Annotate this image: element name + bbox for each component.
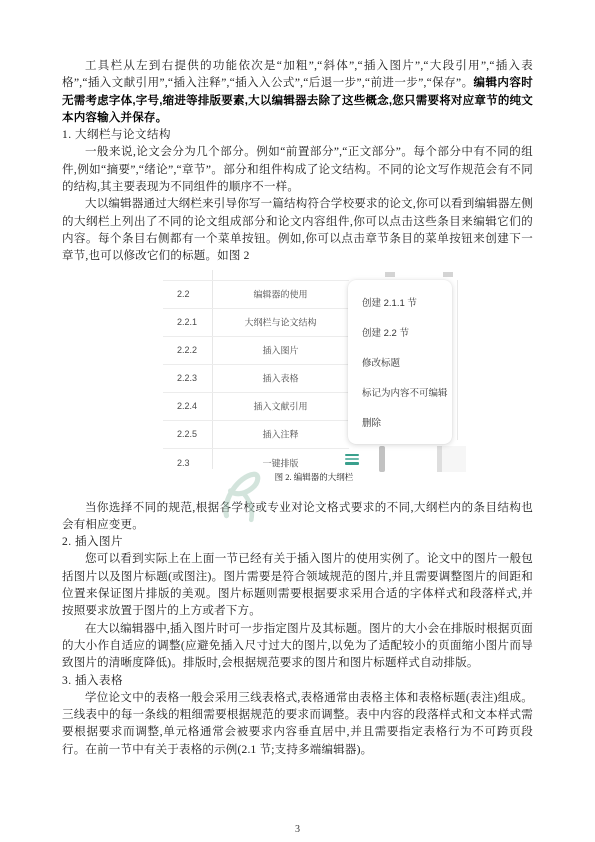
outline-row-title: 插入文献引用 — [212, 400, 349, 413]
menu-item-create-subsection: 创建 2.1.1 节 — [348, 289, 452, 319]
outline-row: 2.2.4 插入文献引用 — [163, 392, 349, 420]
menu-item-delete: 删除 — [348, 409, 452, 439]
heading-insert-table: 3. 插入表格 — [62, 673, 533, 690]
paragraph-outline-guide: 大以编辑器通过大纲栏来引导你写一篇结构符合学校要求的论文,你可以看到编辑器左侧的… — [62, 196, 533, 265]
panel-fragment — [442, 446, 466, 472]
outline-row-number: 2.2.3 — [177, 373, 197, 383]
outline-row-title: 插入图片 — [212, 344, 349, 357]
paragraph-image-intro: 您可以看到实际上在上面一节已经有关于插入图片的使用实例了。论文中的图片一般包括图… — [62, 551, 533, 620]
menu-item-mark-readonly: 标记为内容不可编辑 — [348, 379, 452, 409]
heading-outline-section: 1. 大纲栏与论文结构 — [62, 127, 533, 144]
document-page: 工具栏从左到右提供的功能依次是“加粗”,“斜体”,“插入图片”,“大段引用”,“… — [0, 0, 595, 842]
outline-row-title: 插入表格 — [212, 372, 349, 385]
outline-row-number: 2.2.2 — [177, 345, 197, 355]
outline-row-title: 编辑器的使用 — [212, 288, 349, 301]
figure-outline-panel: 2.2 编辑器的使用 2.2.1 大纲栏与论文结构 2.2.2 插入图片 2.2… — [160, 270, 468, 488]
outline-row: 2.2.2 插入图片 — [163, 336, 349, 364]
ui-fragment — [443, 272, 453, 277]
panel-edge-line — [457, 280, 458, 440]
paragraph-spec-change: 当你选择不同的规范,根据各学校或专业对论文格式要求的不同,大纲栏内的条目结构也会… — [62, 500, 533, 535]
paragraph-toolbar-text: 工具栏从左到右提供的功能依次是“加粗”,“斜体”,“插入图片”,“大段引用”,“… — [62, 60, 533, 89]
menu-item-rename: 修改标题 — [348, 349, 452, 379]
outline-row-title: 插入注释 — [212, 428, 349, 441]
document-body: 工具栏从左到右提供的功能依次是“加粗”,“斜体”,“插入图片”,“大段引用”,“… — [62, 58, 533, 759]
paragraph-structure: 一般来说,论文会分为几个部分。例如“前置部分”,“正文部分”。每个部分中有不同的… — [62, 144, 533, 196]
outline-row-number: 2.2.1 — [177, 317, 197, 327]
outline-row: 2.2.1 大纲栏与论文结构 — [163, 308, 349, 336]
outline-row: 2.2 编辑器的使用 — [163, 280, 349, 308]
paragraph-table: 学位论文中的表格一般会采用三线表格式,表格通常由表格主体和表格标题(表注)组成。… — [62, 690, 533, 759]
menu-item-create-section: 创建 2.2 节 — [348, 319, 452, 349]
outline-row-title: 大纲栏与论文结构 — [212, 316, 349, 329]
outline-list: 2.2 编辑器的使用 2.2.1 大纲栏与论文结构 2.2.2 插入图片 2.2… — [163, 280, 349, 478]
figure-caption: 图 2. 编辑器的大纲栏 — [160, 471, 468, 483]
outline-row-number: 2.2.5 — [177, 429, 197, 439]
heading-insert-image: 2. 插入图片 — [62, 534, 533, 551]
outline-row: 2.2.3 插入表格 — [163, 364, 349, 392]
context-menu: 创建 2.1.1 节 创建 2.2 节 修改标题 标记为内容不可编辑 删除 — [348, 280, 452, 444]
outline-row-number: 2.3 — [177, 458, 190, 468]
ui-fragment — [385, 272, 395, 277]
outline-row: 2.2.5 插入注释 — [163, 420, 349, 448]
paragraph-image-editor: 在大以编辑器中,插入图片时可一步指定图片及其标题。图片的大小会在排版时根据页面的… — [62, 621, 533, 673]
outline-row-number: 2.2.4 — [177, 401, 197, 411]
format-list-icon — [345, 454, 359, 465]
scrollbar-fragment — [379, 446, 385, 472]
outline-row-number: 2.2 — [177, 289, 190, 299]
page-number: 3 — [0, 824, 595, 835]
paragraph-toolbar: 工具栏从左到右提供的功能依次是“加粗”,“斜体”,“插入图片”,“大段引用”,“… — [62, 58, 533, 127]
